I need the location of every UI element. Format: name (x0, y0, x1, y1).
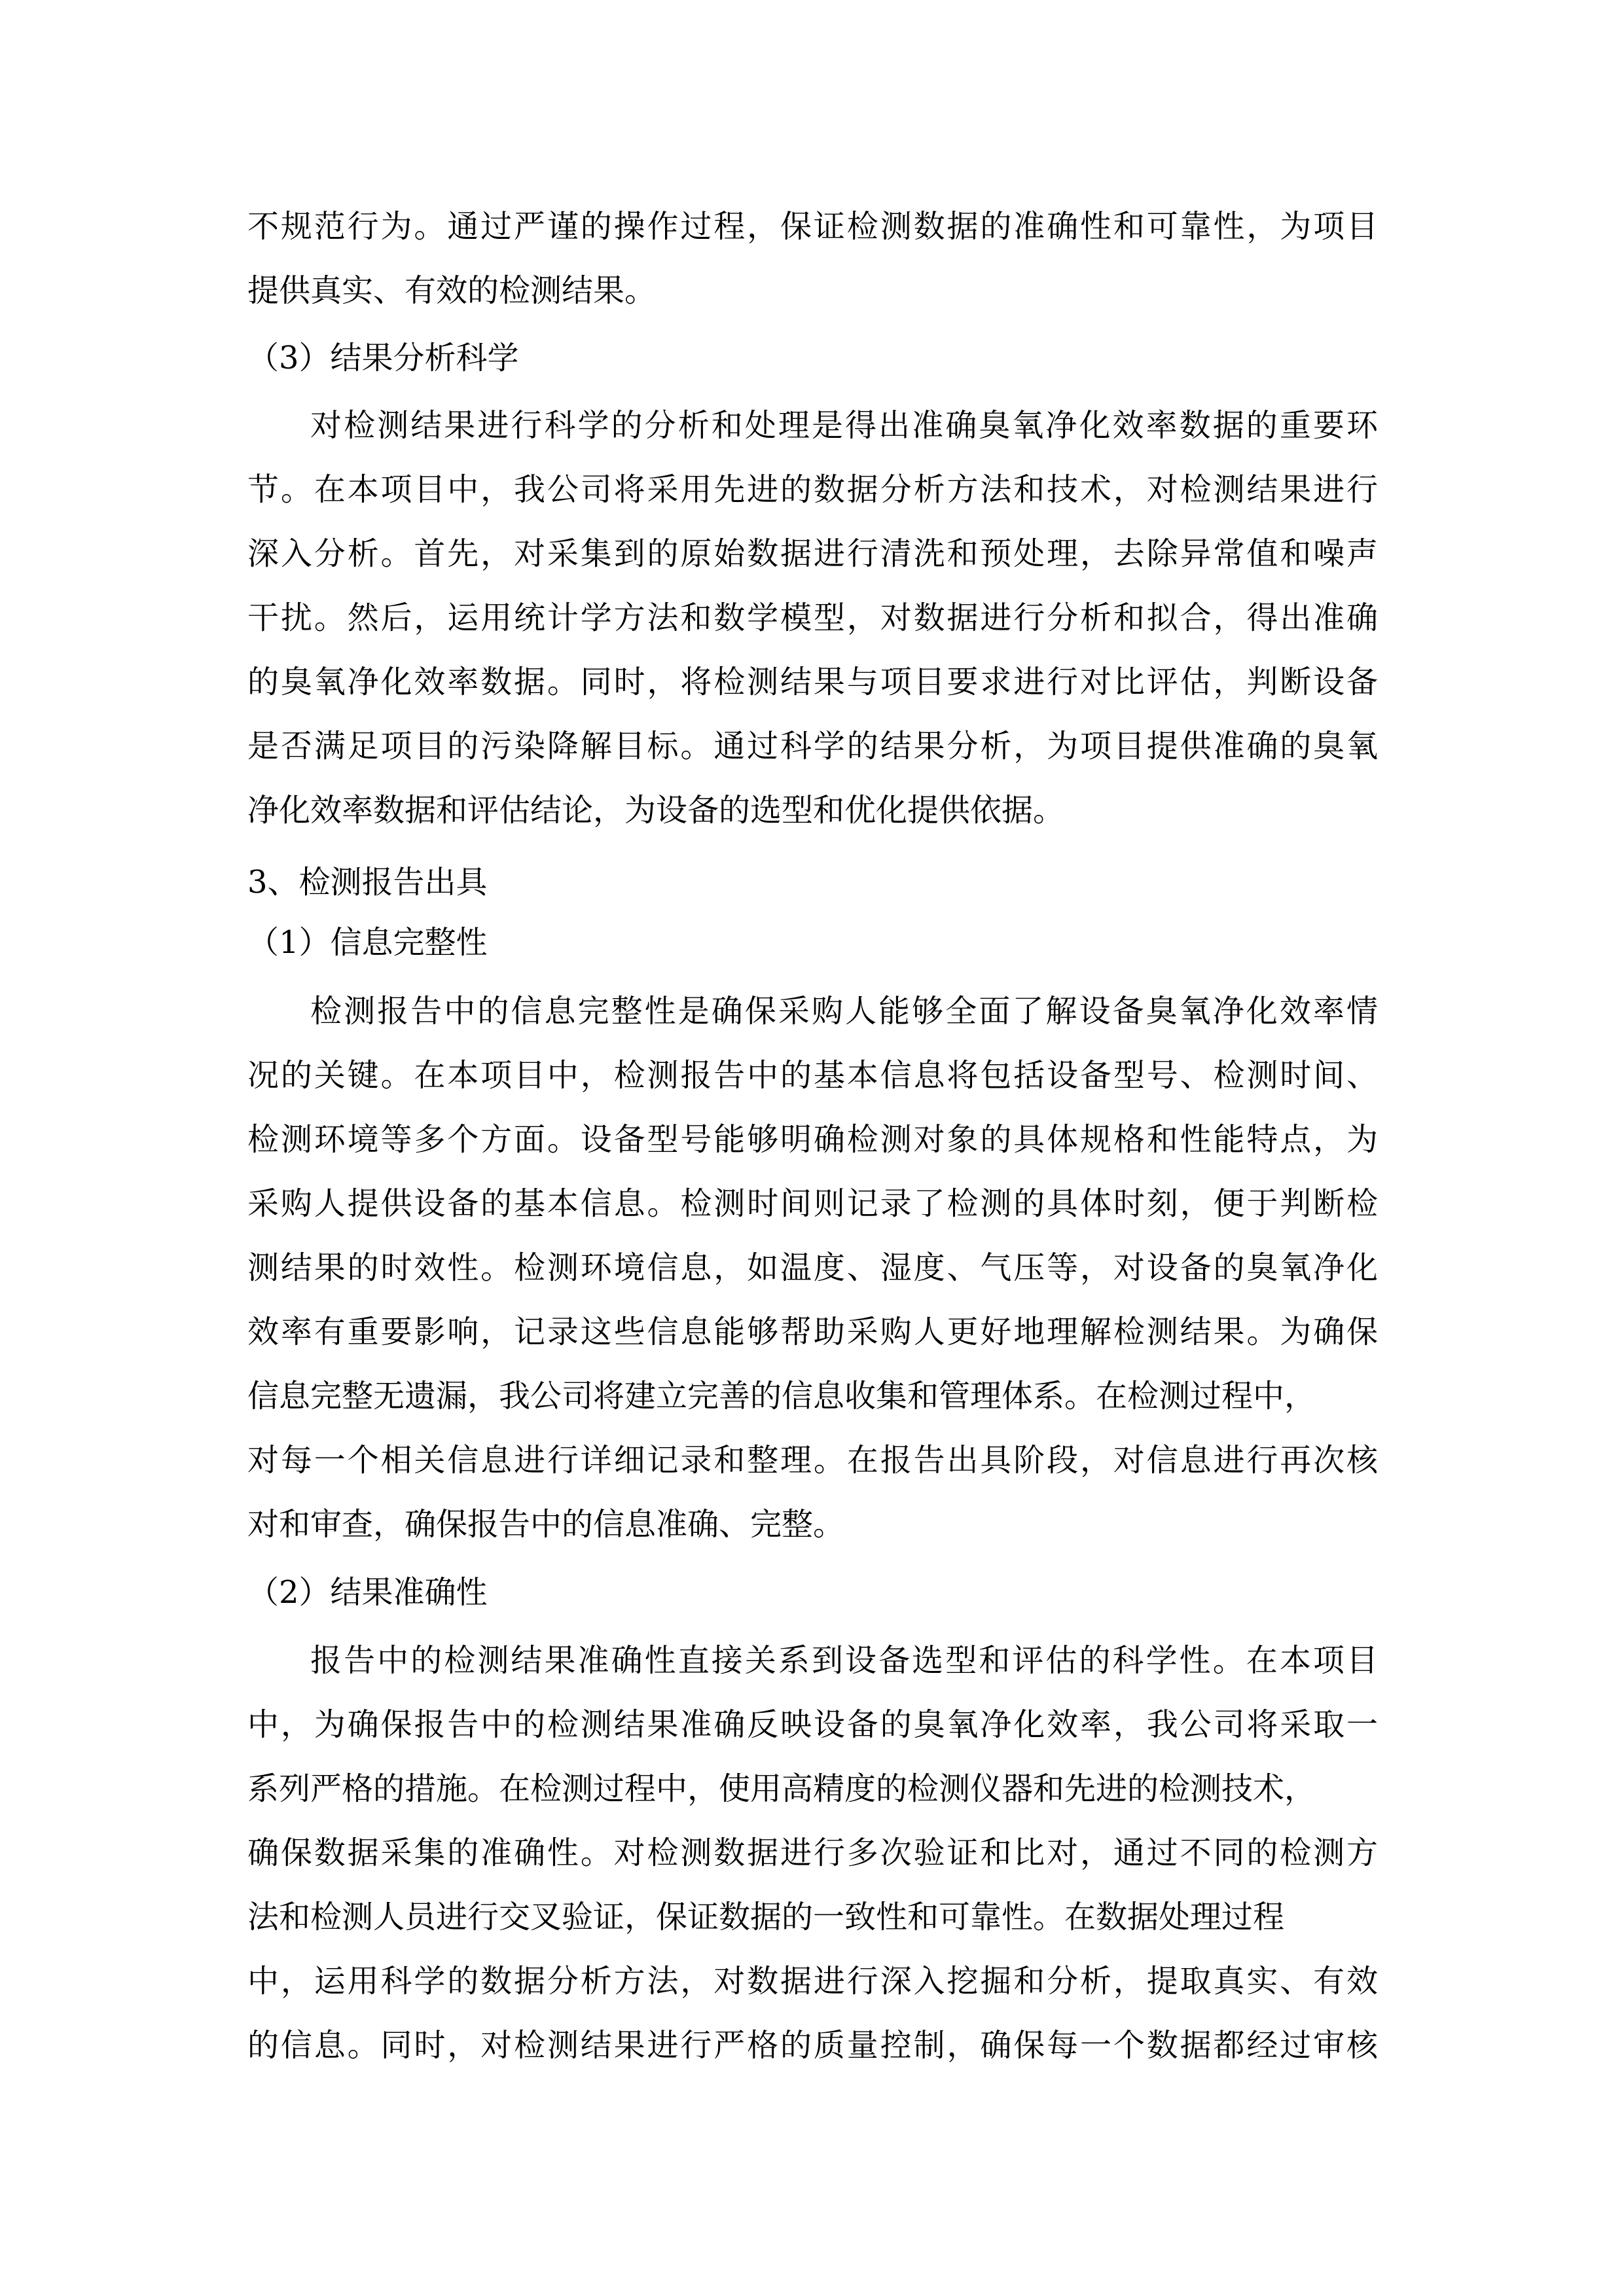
section-heading-report-issuance: 3、检测报告出具 (247, 864, 488, 901)
paragraph-line: 净化效率数据和评估结论，为设备的选型和优化提供依据。 (247, 792, 1378, 829)
paragraph-line: 系列严格的措施。在检测过程中，使用高精度的检测仪器和先进的检测技术， (247, 1770, 1378, 1807)
paragraph-line: 中，为确保报告中的检测结果准确反映设备的臭氧净化效率，我公司将采取一 (247, 1706, 1378, 1743)
paragraph-line: 报告中的检测结果准确性直接关系到设备选型和评估的科学性。在本项目 (310, 1642, 1378, 1679)
paragraph-line: 信息完整无遗漏，我公司将建立完善的信息收集和管理体系。在检测过程中， (247, 1378, 1378, 1414)
paragraph-line: 节。在本项目中，我公司将采用先进的数据分析方法和技术，对检测结果进行 (247, 471, 1378, 508)
paragraph-line: 中，运用科学的数据分析方法，对数据进行深入挖掘和分析，提取真实、有效 (247, 1963, 1378, 2000)
paragraph-line: 对每一个相关信息进行详细记录和整理。在报告出具阶段，对信息进行再次核 (247, 1442, 1378, 1479)
subsection-heading-result-analysis: （3）结果分析科学 (247, 340, 519, 376)
paragraph-line: 法和检测人员进行交叉验证，保证数据的一致性和可靠性。在数据处理过程 (247, 1899, 1378, 1935)
paragraph-line: 提供真实、有效的检测结果。 (247, 272, 1378, 309)
paragraph-line: 对和审查，确保报告中的信息准确、完整。 (247, 1506, 1378, 1543)
subsection-heading-result-accuracy: （2）结果准确性 (247, 1574, 488, 1611)
paragraph-line: 的臭氧净化效率数据。同时，将检测结果与项目要求进行对比评估，判断设备 (247, 664, 1378, 700)
paragraph-line: 不规范行为。通过严谨的操作过程，保证检测数据的准确性和可靠性，为项目 (247, 208, 1378, 245)
subsection-heading-info-completeness: （1）信息完整性 (247, 924, 488, 961)
paragraph-line: 的信息。同时，对检测结果进行严格的质量控制，确保每一个数据都经过审核 (247, 2027, 1378, 2064)
paragraph-line: 干扰。然后，运用统计学方法和数学模型，对数据进行分析和拟合，得出准确 (247, 600, 1378, 636)
paragraph-line: 对检测结果进行科学的分析和处理是得出准确臭氧净化效率数据的重要环 (310, 407, 1378, 444)
paragraph-line: 效率有重要影响，记录这些信息能够帮助采购人更好地理解检测结果。为确保 (247, 1314, 1378, 1350)
paragraph-line: 况的关键。在本项目中，检测报告中的基本信息将包括设备型号、检测时间、 (247, 1057, 1378, 1094)
paragraph-line: 检测环境等多个方面。设备型号能够明确检测对象的具体规格和性能特点，为 (247, 1121, 1378, 1158)
paragraph-line: 采购人提供设备的基本信息。检测时间则记录了检测的具体时刻，便于判断检 (247, 1185, 1378, 1222)
paragraph-line: 是否满足项目的污染降解目标。通过科学的结果分析，为项目提供准确的臭氧 (247, 728, 1378, 764)
paragraph-line: 检测报告中的信息完整性是确保采购人能够全面了解设备臭氧净化效率情 (310, 993, 1378, 1030)
paragraph-line: 测结果的时效性。检测环境信息，如温度、湿度、气压等，对设备的臭氧净化 (247, 1249, 1378, 1286)
paragraph-line: 确保数据采集的准确性。对检测数据进行多次验证和比对，通过不同的检测方 (247, 1835, 1378, 1871)
document-page: 不规范行为。通过严谨的操作过程，保证检测数据的准确性和可靠性，为项目 提供真实、… (0, 0, 1624, 2296)
paragraph-line: 深入分析。首先，对采集到的原始数据进行清洗和预处理，去除异常值和噪声 (247, 535, 1378, 572)
